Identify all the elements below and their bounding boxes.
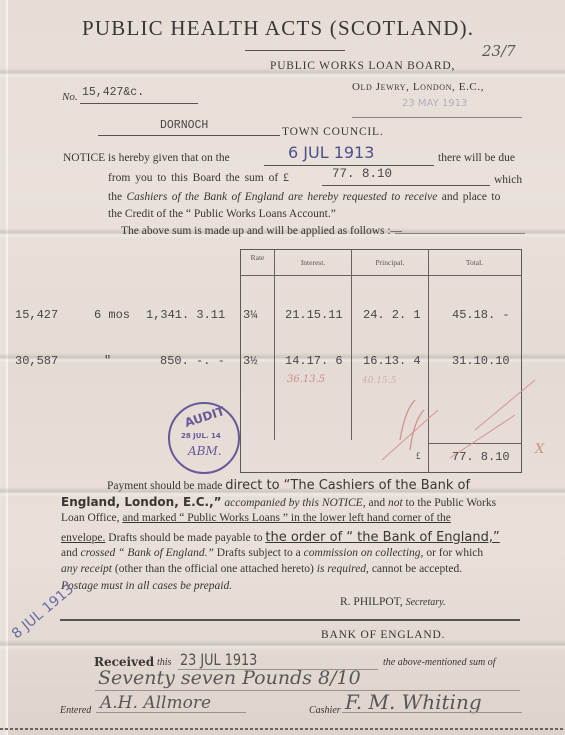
payment-text: Drafts should be made payable to (108, 532, 262, 544)
row2-principal: 16.13. 4 (363, 354, 421, 368)
row1-term: 6 mos (94, 308, 130, 322)
payment-line5: and crossed “ Bank of England.” Drafts s… (61, 547, 483, 559)
payment-text: and (368, 497, 385, 509)
payment-line4: envelope. Drafts should be made payable … (61, 530, 500, 545)
number-value: 15,427&c. (82, 86, 144, 99)
row1-amount: 1,341. 3.11 (146, 308, 225, 322)
receipt-divider (60, 619, 520, 621)
notice-line2-prefix: from you to this Board the sum of £ (108, 172, 289, 184)
row1-rate: 3¼ (243, 308, 257, 322)
row2-term: " (104, 354, 111, 368)
number-label: No. (62, 91, 78, 103)
secretary-signature: R. PHILPOT, Secretary. (340, 596, 446, 608)
line3-italic: Cashiers of the Bank of England are here… (126, 191, 437, 203)
audit-label: AUDIT (183, 404, 227, 430)
payment-text: (other than the official one attached he… (115, 563, 314, 575)
handwritten-ref: 23/7 (482, 42, 516, 60)
board-name: PUBLIC WORKS LOAN BOARD, (270, 60, 455, 72)
margin-check-mark: X (535, 442, 544, 457)
payment-line3: Loan Office, and marked “ Public Works L… (61, 512, 451, 524)
number-rule (80, 103, 198, 104)
sum-rule (322, 185, 490, 186)
payment-text: Payment should be made (107, 480, 222, 492)
row2-loan-no: 30,587 (15, 354, 58, 368)
entered-rule (96, 712, 246, 713)
row2-amount: 850. -. - (160, 354, 225, 368)
notice-line5-rule (395, 233, 525, 234)
payment-text: Drafts subject to a (217, 547, 301, 559)
document-title: PUBLIC HEALTH ACTS (SCOTLAND). (82, 16, 474, 41)
line3-text: the (108, 191, 122, 203)
council-suffix: TOWN COUNCIL. (282, 126, 384, 138)
notice-line1-prefix: NOTICE is hereby given that on the (63, 152, 230, 164)
header-interest: Interest. (275, 258, 351, 267)
payment-emphasis: direct to “The Cashiers of the Bank of (225, 478, 470, 493)
payment-italic: any receipt (61, 563, 112, 575)
due-date-rule (264, 165, 434, 166)
row2-total: 31.10.10 (452, 354, 510, 368)
payment-text: Loan Office, (61, 512, 120, 524)
row2-interest: 14.17. 6 (285, 354, 343, 368)
row1-loan-no: 15,427 (15, 308, 58, 322)
cashier-rule (342, 712, 522, 713)
perforation-edge (0, 728, 565, 730)
payment-text: or for which (426, 547, 483, 559)
paper-fold (0, 640, 565, 650)
row1-interest: 21.15.11 (285, 308, 343, 322)
secretary-title: Secretary. (406, 597, 446, 608)
payment-italic: crossed “ Bank of England.” (80, 547, 213, 559)
payment-emphasis: the order of “ the Bank of England,” (265, 530, 499, 545)
payment-underlined: envelope. (61, 532, 105, 544)
sum-value: 77. 8.10 (332, 167, 392, 181)
secretary-name: R. PHILPOT, (340, 596, 403, 608)
payment-text: and (61, 547, 78, 559)
payment-italic: not (388, 497, 403, 509)
row1-total: 45.18. - (452, 308, 510, 322)
payment-line6: any receipt (other than the official one… (61, 563, 462, 575)
payment-line7: Postage must in all cases be prepaid. (61, 580, 232, 592)
notice-line1-suffix: there will be due (438, 152, 515, 164)
board-address: Old Jewry, London, E.C., (352, 81, 484, 93)
table-col-divider (274, 250, 275, 440)
bank-name: BANK OF ENGLAND. (321, 629, 445, 641)
title-divider (245, 50, 345, 51)
audit-date: 28 JUL. 14 (181, 432, 221, 440)
sum-label: the above-mentioned sum of (383, 657, 495, 668)
table-header-rule (240, 275, 521, 276)
payment-line1: Payment should be made direct to “The Ca… (107, 478, 470, 493)
payment-text: to the Public Works (406, 497, 497, 509)
payment-underlined: and marked “ Public Works Loans ” in the… (122, 512, 450, 524)
cashier-label: Cashier (309, 705, 341, 716)
address-rule (352, 117, 522, 118)
notice-line2-suffix: which (494, 174, 522, 186)
received-date-stamp: 23 MAY 1913 (402, 98, 467, 109)
line3-text-end: and place to (442, 191, 501, 203)
council-name: DORNOCH (160, 119, 208, 132)
header-rate: Rate (241, 253, 274, 262)
notice-line4: the Credit of the “ Public Works Loans A… (108, 208, 336, 220)
payment-emphasis: England, London, E.C.,” (61, 495, 222, 509)
entered-label: Entered (60, 705, 91, 716)
due-date-stamp: 6 JUL 1913 (288, 143, 374, 162)
notice-line5: The above sum is made up and will be app… (121, 225, 402, 237)
payment-line2: England, London, E.C.,” accompanied by t… (61, 495, 496, 509)
payment-italic: accompanied by this NOTICE, (224, 497, 365, 509)
grand-total: 77. 8.10 (452, 450, 510, 464)
payment-italic: commission on collecting, (304, 547, 424, 559)
audit-stamp: AUDIT 28 JUL. 14 ABM. (168, 402, 240, 474)
audit-initials: ABM. (188, 444, 222, 458)
notice-line3: the Cashiers of the Bank of England are … (108, 191, 500, 203)
header-total: Total. (429, 258, 520, 267)
row2-rate: 3½ (243, 354, 257, 368)
total-currency-symbol: £ (416, 451, 421, 461)
payment-italic: is required, (317, 563, 369, 575)
table-col-divider (351, 250, 352, 440)
pencil-interest-sum: 36.13.5 (287, 374, 325, 385)
entered-by-signature: A.H. Allmore (100, 693, 211, 713)
council-rule (98, 135, 280, 136)
row1-principal: 24. 2. 1 (363, 308, 421, 322)
cashier-signature: F. M. Whiting (345, 690, 482, 714)
header-principal: Principal. (352, 258, 428, 267)
sum-in-words: Seventy seven Pounds 8/10 (98, 667, 361, 689)
payment-text: cannot be accepted. (372, 563, 462, 575)
